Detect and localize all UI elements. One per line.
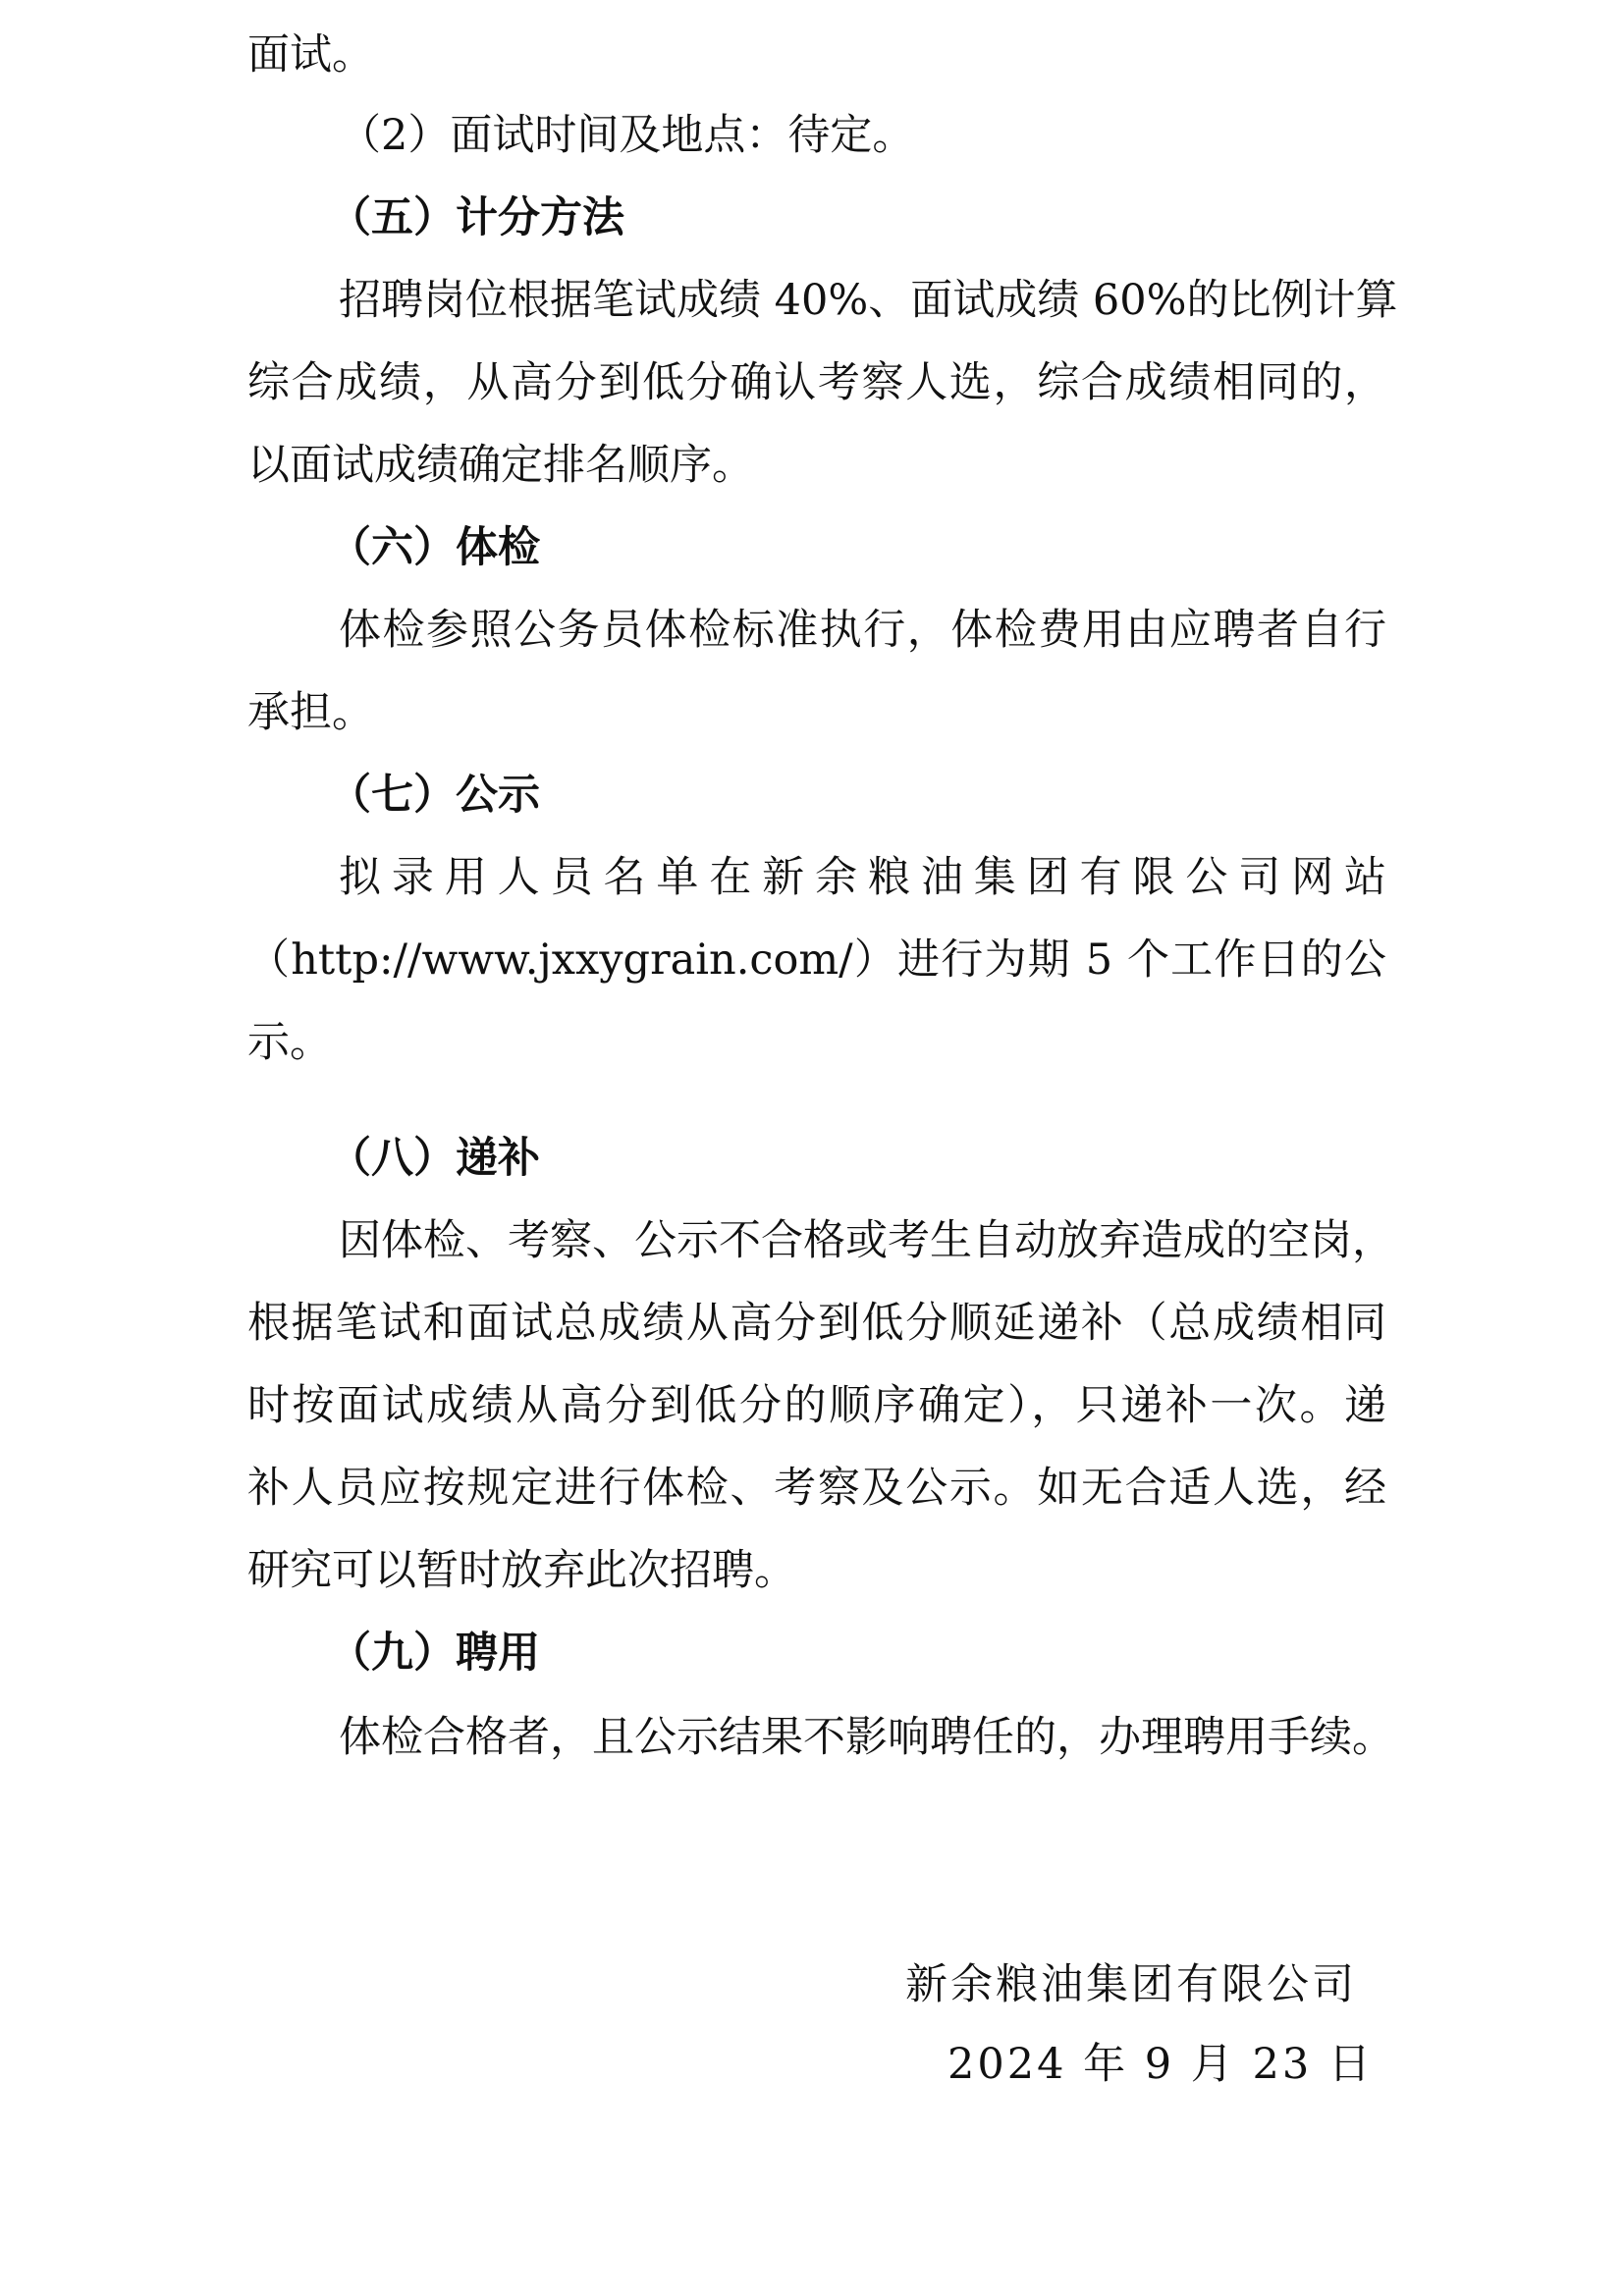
section-heading-physical-exam: （六）体检 bbox=[329, 518, 1468, 577]
paragraph-line: 体检参照公务员体检标准执行，体检费用由应聘者自行 bbox=[339, 601, 1386, 660]
section-heading-publicity: （七）公示 bbox=[329, 766, 1468, 825]
paragraph-line: 示。 bbox=[247, 1013, 1386, 1072]
paragraph-line: 时按面试成绩从高分到低分的顺序确定），只递补一次。递 bbox=[247, 1376, 1386, 1435]
paragraph-line: 以面试成绩确定排名顺序。 bbox=[247, 436, 1386, 495]
signature-date: 2024 年 9 月 23 日 bbox=[947, 2035, 1374, 2094]
text-line: （2）面试时间及地点：待定。 bbox=[339, 106, 1386, 165]
paragraph-line: 补人员应按规定进行体检、考察及公示。如无合适人选，经 bbox=[247, 1459, 1386, 1518]
paragraph-line: 体检合格者，且公示结果不影响聘任的，办理聘用手续。 bbox=[339, 1708, 1386, 1767]
section-heading-scoring: （五）计分方法 bbox=[329, 188, 1468, 247]
paragraph-line: 根据笔试和面试总成绩从高分到低分顺延递补（总成绩相同 bbox=[247, 1294, 1386, 1353]
paragraph-line: 因体检、考察、公示不合格或考生自动放弃造成的空岗， bbox=[339, 1211, 1386, 1270]
text-line: 面试。 bbox=[247, 26, 1386, 84]
paragraph-line: （http://www.jxxygrain.com/）进行为期 5 个工作日的公 bbox=[247, 931, 1386, 989]
paragraph-line: 承担。 bbox=[247, 683, 1386, 742]
paragraph-line: 招聘岗位根据笔试成绩 40%、面试成绩 60%的比例计算 bbox=[339, 271, 1386, 330]
paragraph-line: 综合成绩，从高分到低分确认考察人选，综合成绩相同的， bbox=[247, 353, 1386, 412]
paragraph-line: 拟录用人员名单在新余粮油集团有限公司网站 bbox=[339, 848, 1386, 907]
section-heading-employment: （九）聘用 bbox=[329, 1624, 1468, 1682]
paragraph-line: 研究可以暂时放弃此次招聘。 bbox=[247, 1541, 1386, 1600]
signature-organization: 新余粮油集团有限公司 bbox=[905, 1955, 1357, 2014]
section-heading-replacement: （八）递补 bbox=[329, 1129, 1468, 1188]
